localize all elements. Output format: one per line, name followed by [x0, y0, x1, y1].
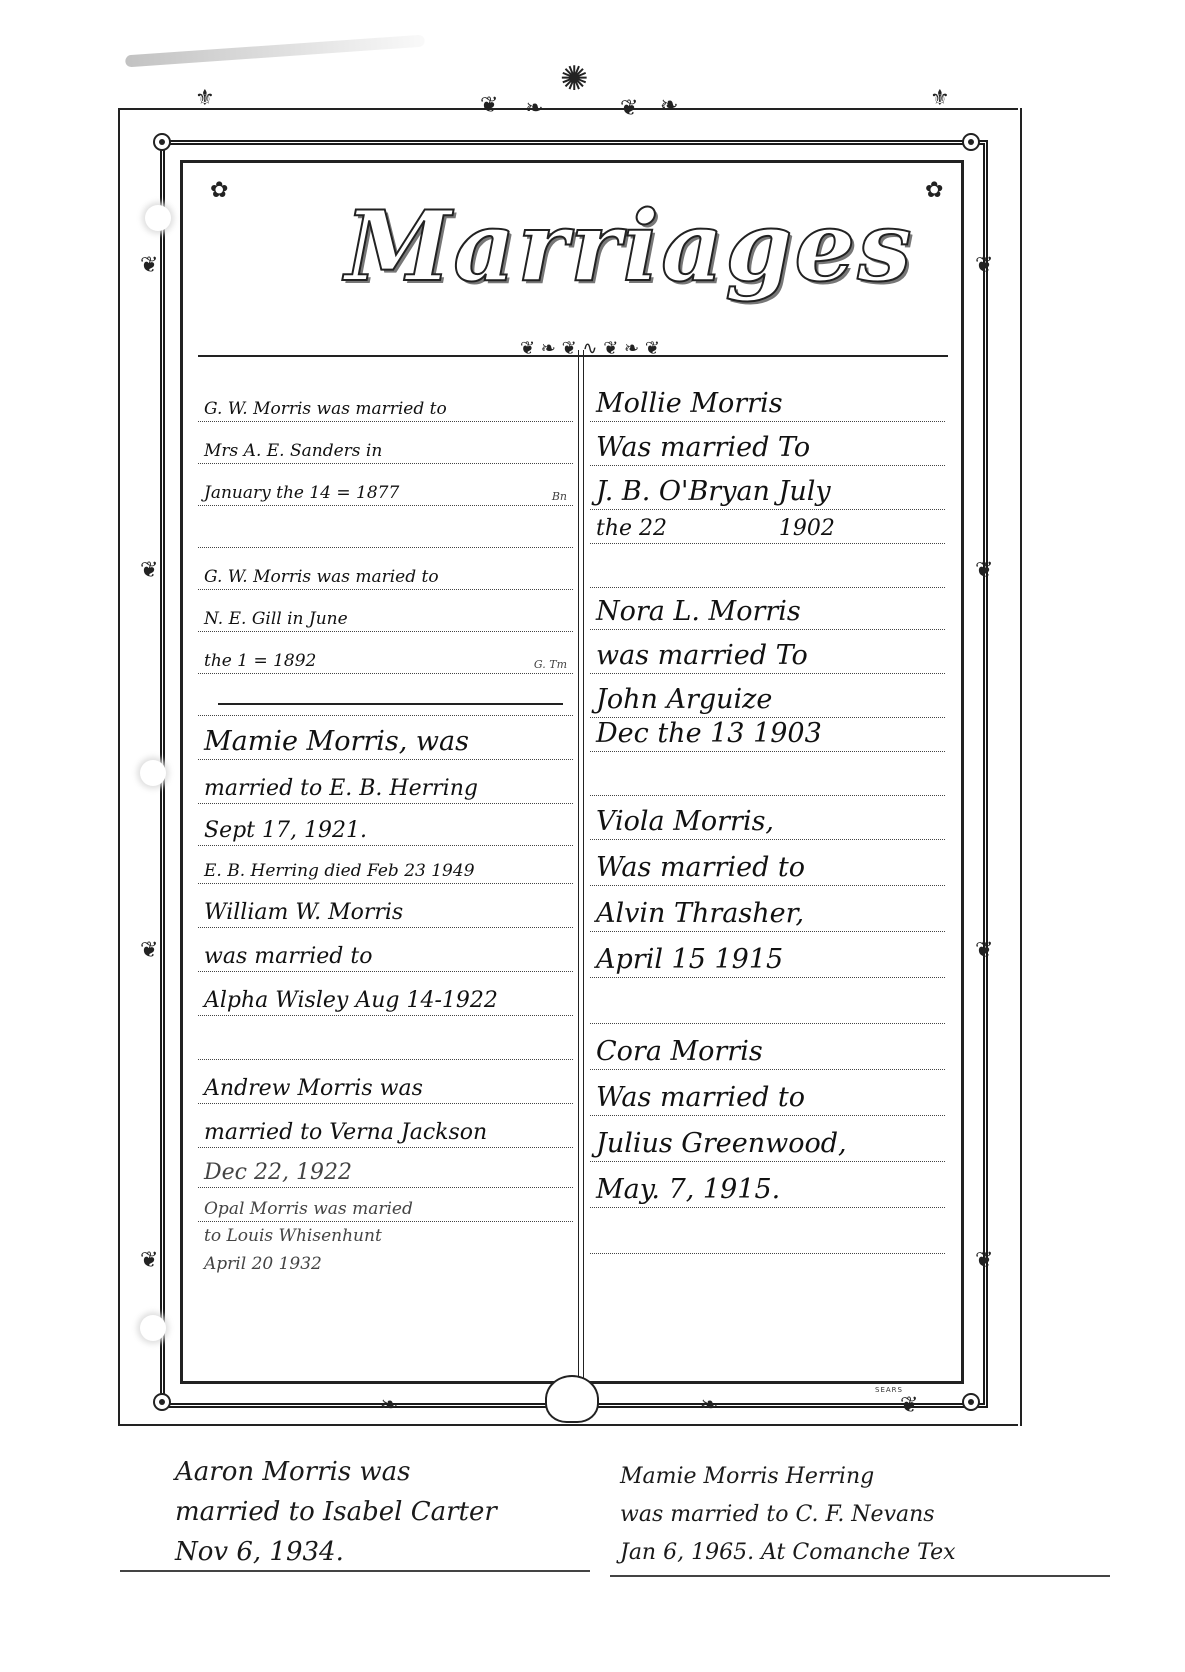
frame-corner-knob	[153, 1393, 171, 1411]
ivy-leaf-icon: ❧	[525, 98, 543, 120]
entry-line: was married To	[596, 640, 808, 671]
entry-line: G. W. Morris was married to	[204, 399, 447, 419]
marriage-entry: Cora Morris Was married to Julius Greenw…	[590, 1024, 945, 1254]
outer-frame-bottom-rule	[118, 1424, 1018, 1426]
entry-line: Alpha Wisley Aug 14-1922	[204, 988, 498, 1013]
entry-line: William W. Morris	[204, 900, 403, 925]
entry-line: married to Verna Jackson	[204, 1120, 487, 1145]
ivy-leaf-icon: ❦	[140, 940, 158, 962]
outer-frame-top-rule	[118, 108, 1018, 110]
marriage-entry: Nora L. Morris was married To John Argui…	[590, 588, 945, 796]
entry-line: May. 7, 1915.	[596, 1174, 780, 1205]
entry-line: the 22 1902	[596, 516, 835, 541]
marriage-entry: G. W. Morris was maried to N. E. Gill in…	[198, 548, 573, 716]
marriage-entry: William W. Morris was married to Alpha W…	[198, 884, 573, 1060]
marriage-entry: Mollie Morris Was married To J. B. O'Bry…	[590, 380, 945, 588]
marriage-entry: Mamie Morris, was married to E. B. Herri…	[198, 716, 573, 884]
ivy-leaf-icon: ❦	[480, 95, 498, 117]
entry-line: Mollie Morris	[596, 388, 783, 419]
fleur-ornament-icon: ⚜	[195, 88, 215, 110]
entry-line: Dec 22, 1922	[204, 1160, 352, 1185]
note-line: Mamie Morris Herring	[620, 1458, 956, 1496]
entry-line: Mrs A. E. Sanders in	[204, 441, 382, 461]
margin-mark: Bn	[552, 490, 567, 503]
entry-line: to Louis Whisenhunt	[204, 1226, 382, 1246]
marriage-entry: Opal Morris was maried to Louis Whisenhu…	[198, 1188, 573, 1276]
entry-line: Sept 17, 1921.	[204, 818, 367, 843]
entry-line: Was married to	[596, 1082, 805, 1113]
entry-line: N. E. Gill in June	[204, 609, 348, 629]
entry-line: April 15 1915	[596, 944, 783, 975]
right-column: Mollie Morris Was married To J. B. O'Bry…	[590, 380, 945, 1254]
scan-smudge	[125, 35, 425, 68]
bottom-note-left: Aaron Morris was married to Isabel Carte…	[175, 1452, 497, 1572]
publisher-imprint: SEARS	[875, 1386, 903, 1394]
frame-corner-knob	[962, 133, 980, 151]
note-line: Jan 6, 1965. At Comanche Tex	[620, 1534, 956, 1572]
entry-line: the 1 = 1892	[204, 651, 316, 671]
frame-corner-knob	[153, 133, 171, 151]
entry-line: Nora L. Morris	[596, 596, 801, 627]
ivy-leaf-icon: ❦	[975, 255, 993, 277]
entry-line: E. B. Herring died Feb 23 1949	[204, 861, 475, 881]
left-column: G. W. Morris was married to Mrs A. E. Sa…	[198, 380, 573, 1276]
ivy-leaf-icon: ❧	[660, 95, 678, 117]
ivy-leaf-icon: ❦	[975, 560, 993, 582]
marriage-entry: Andrew Morris was married to Verna Jacks…	[198, 1060, 573, 1188]
entry-line: Was married To	[596, 432, 810, 463]
entry-line: Was married to	[596, 852, 805, 883]
entry-line: Opal Morris was maried	[204, 1199, 413, 1219]
ivy-leaf-icon: ❧	[380, 1395, 398, 1417]
entry-line: was married to	[204, 944, 372, 969]
margin-mark: G. Tm	[534, 658, 567, 671]
rose-ornament-icon	[545, 1375, 599, 1423]
bottom-note-right: Mamie Morris Herring was married to C. F…	[620, 1458, 956, 1572]
entry-line: John Arguize	[596, 684, 772, 715]
ivy-leaf-icon: ❦	[140, 255, 158, 277]
entry-line: G. W. Morris was maried to	[204, 567, 439, 587]
note-line: married to Isabel Carter	[175, 1492, 497, 1532]
entry-line: Andrew Morris was	[204, 1076, 423, 1101]
note-line: was married to C. F. Nevans	[620, 1496, 956, 1534]
ivy-leaf-icon: ❦	[975, 1250, 993, 1272]
ivy-leaf-icon: ❦	[900, 1395, 918, 1417]
marriage-entry: Viola Morris, Was married to Alvin Thras…	[590, 796, 945, 1024]
separator-rule	[218, 703, 563, 705]
column-divider	[578, 350, 584, 1386]
marriage-entry: G. W. Morris was married to Mrs A. E. Sa…	[198, 380, 573, 548]
entry-line: married to E. B. Herring	[204, 776, 478, 801]
punch-hole	[140, 760, 166, 786]
note-line: Nov 6, 1934.	[175, 1532, 497, 1572]
header-rule	[198, 355, 948, 357]
morning-glory-icon: ✿	[925, 180, 943, 202]
frame-corner-knob	[962, 1393, 980, 1411]
ivy-leaf-icon: ❧	[700, 1395, 718, 1417]
entry-line: April 20 1932	[204, 1254, 322, 1274]
page-edge-line	[610, 1575, 1110, 1577]
entry-line: Mamie Morris, was	[204, 726, 469, 757]
ivy-leaf-icon: ❦	[140, 560, 158, 582]
page-edge-line	[120, 1570, 590, 1572]
entry-line: Julius Greenwood,	[596, 1128, 847, 1159]
morning-glory-icon: ✿	[210, 180, 228, 202]
entry-line: Cora Morris	[596, 1036, 763, 1067]
entry-line: J. B. O'Bryan July	[596, 476, 831, 507]
page-title: Marriages	[345, 190, 785, 300]
entry-line: Dec the 13 1903	[596, 718, 822, 749]
entry-line: Alvin Thrasher,	[596, 898, 804, 929]
scanned-page: ✺ ❦ ❧ ❦ ❧ ⚜ ⚜ ✿ ✿ ❦ ❦ ❦ ❦ ❦ ❦ ❦ ❦ ❧ ❧ ❦ …	[0, 0, 1185, 1672]
entry-line: January the 14 = 1877	[204, 483, 399, 503]
punch-hole	[145, 205, 171, 231]
ivy-leaf-icon: ❦	[620, 98, 638, 120]
sunflower-ornament-icon: ✺	[560, 62, 589, 96]
punch-hole	[140, 1315, 166, 1341]
entry-line: Viola Morris,	[596, 806, 774, 837]
ivy-leaf-icon: ❦	[140, 1250, 158, 1272]
title-text: Marriages	[345, 190, 914, 303]
fleur-ornament-icon: ⚜	[930, 88, 950, 110]
note-line: Aaron Morris was	[175, 1452, 497, 1492]
ivy-leaf-icon: ❦	[975, 940, 993, 962]
